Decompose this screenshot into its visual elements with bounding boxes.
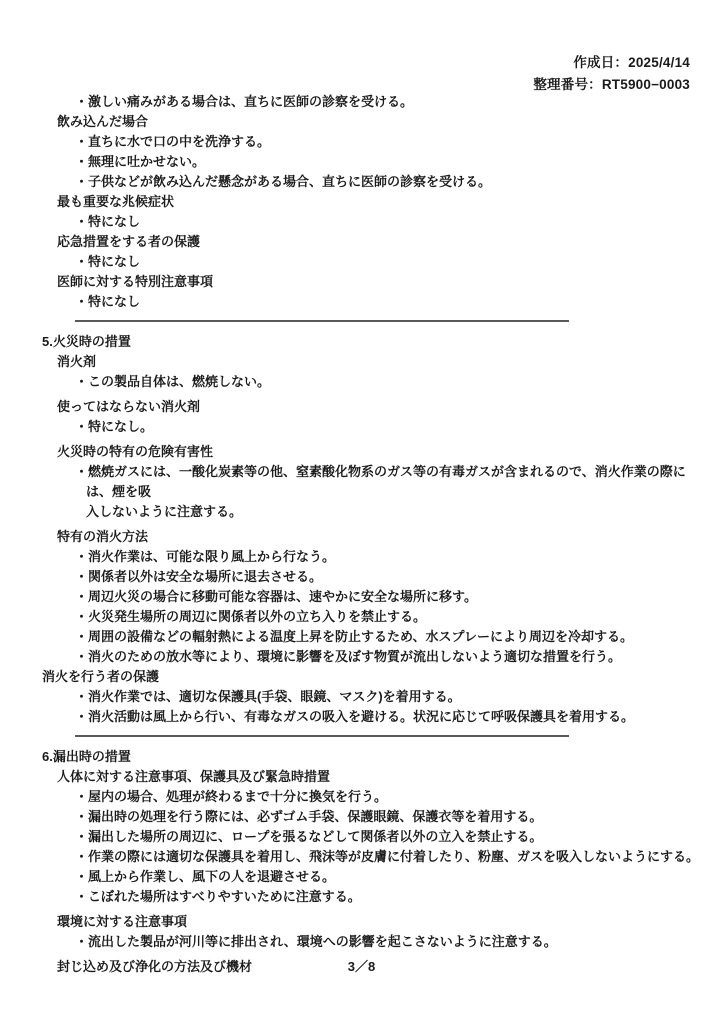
bullet-item: ・周辺火災の場合に移動可能な容器は、速やかに安全な場所に移す。 [75, 587, 701, 607]
bullet-item: ・こぼれた場所はすべりやすいために注意する。 [75, 887, 701, 907]
section-divider [75, 320, 569, 322]
subsection-heading: 人体に対する注意事項、保護具及び緊急時措置 [57, 767, 723, 787]
subsection-heading: 飲み込んだ場合 [57, 112, 723, 132]
section-divider [75, 735, 569, 737]
bullet-item: ・流出した製品が河川等に排出され、環境への影響を起こさないように注意する。 [75, 932, 701, 952]
bullet-item: ・直ちに水で口の中を洗浄する。 [75, 132, 701, 152]
bullet-item: ・周囲の設備などの輻射熱による温度上昇を防止するため、水スプレーにより周辺を冷却… [75, 627, 701, 647]
bullet-item: ・無理に吐かせない。 [75, 152, 701, 172]
bullet-item: ・漏出した場所の周辺に、ロープを張るなどして関係者以外の立入を禁止する。 [75, 827, 701, 847]
subsection-heading: 使ってはならない消火剤 [57, 397, 723, 417]
document-page: 作成日：2025/4/14 整理番号：RT5900−0003 ・激しい痛みがある… [0, 0, 723, 1024]
bullet-item: ・風上から作業し、風下の人を退避させる。 [75, 867, 701, 887]
bullet-item: ・子供などが飲み込んだ懸念がある場合、直ちに医師の診察を受ける。 [75, 172, 701, 192]
document-header: 作成日：2025/4/14 整理番号：RT5900−0003 [533, 52, 690, 96]
subsection-heading: 火災時の特有の危険有害性 [57, 442, 723, 462]
bullet-item: ・火災発生場所の周辺に関係者以外の立ち入りを禁止する。 [75, 607, 701, 627]
subsection-heading: 医師に対する特別注意事項 [57, 272, 723, 292]
bullet-item: ・消火作業では、適切な保護具(手袋、眼鏡、マスク)を着用する。 [75, 687, 701, 707]
section-heading: 消火を行う者の保護 [42, 667, 723, 687]
section-heading: 6.漏出時の措置 [42, 747, 723, 767]
bullet-item: ・特になし [75, 212, 701, 232]
subsection-heading: 応急措置をする者の保護 [57, 232, 723, 252]
bullet-item: ・この製品自体は、燃焼しない。 [75, 372, 701, 392]
bullet-item: ・関係者以外は安全な場所に退去させる。 [75, 567, 701, 587]
subsection-heading: 消火剤 [57, 352, 723, 372]
bullet-item: ・燃焼ガスには、一酸化炭素等の他、窒素酸化物系のガス等の有毒ガスが含まれるので、… [75, 462, 701, 522]
bullet-item: ・特になし [75, 292, 701, 312]
created-date: 作成日：2025/4/14 [533, 52, 690, 74]
bullet-item: ・消火活動は風上から行い、有毒なガスの吸入を避ける。状況に応じて呼吸保護具を着用… [75, 707, 701, 727]
section-heading: 5.火災時の措置 [42, 332, 723, 352]
subsection-heading: 最も重要な兆候症状 [57, 192, 723, 212]
subsection-heading: 環境に対する注意事項 [57, 912, 723, 932]
bullet-item: ・特になし [75, 252, 701, 272]
subsection-heading: 特有の消火方法 [57, 527, 723, 547]
bullet-item: ・消火作業は、可能な限り風上から行なう。 [75, 547, 701, 567]
page-number: 3／8 [0, 956, 723, 975]
bullet-item: ・消火のための放水等により、環境に影響を及ぼす物質が流出しないよう適切な措置を行… [75, 647, 701, 667]
document-body: ・激しい痛みがある場合は、直ちに医師の診察を受ける。飲み込んだ場合・直ちに水で口… [0, 92, 723, 977]
bullet-item: ・特になし。 [75, 417, 701, 437]
bullet-item: ・激しい痛みがある場合は、直ちに医師の診察を受ける。 [75, 92, 701, 112]
bullet-item: ・屋内の場合、処理が終わるまで十分に換気を行う。 [75, 787, 701, 807]
bullet-item: ・作業の際には適切な保護具を着用し、飛沫等が皮膚に付着したり、粉塵、ガスを吸入し… [75, 847, 701, 867]
bullet-item: ・漏出時の処理を行う際には、必ずゴム手袋、保護眼鏡、保護衣等を着用する。 [75, 807, 701, 827]
